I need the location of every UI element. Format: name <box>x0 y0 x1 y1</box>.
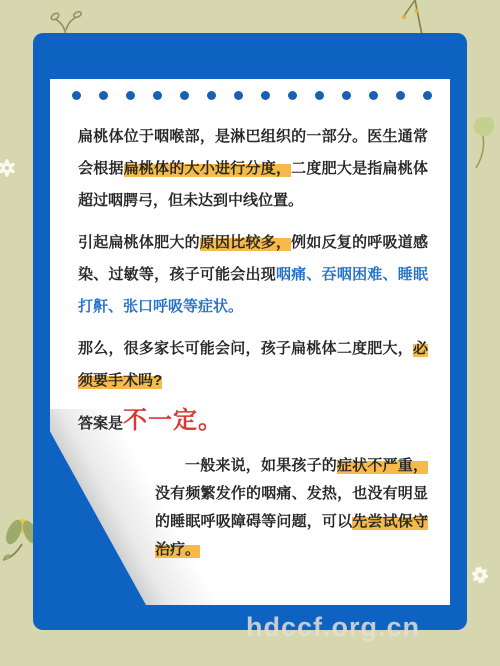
text-segment-highlight: 扁桃体的大小进行分度， <box>124 160 291 177</box>
watermark: hdccf.org.cn <box>246 612 420 643</box>
text-segment-normal: 一般来说，如果孩子的 <box>185 457 337 474</box>
health-poster: 扁桃体位于咽喉部，是淋巴组织的一部分。医生通常会根据扁桃体的大小进行分度，二度肥… <box>0 0 500 666</box>
text-segment-highlight: 症状不严重， <box>337 457 428 474</box>
paragraph-p2: 引起扁桃体肥大的原因比较多，例如反复的呼吸道感染、过敏等，孩子可能会出现咽痛、吞… <box>78 227 428 323</box>
paragraph-p1: 扁桃体位于咽喉部，是淋巴组织的一部分。医生通常会根据扁桃体的大小进行分度，二度肥… <box>78 121 428 217</box>
paragraph-answer: 答案是不一定。 <box>78 403 428 442</box>
paragraph-p4: 一般来说，如果孩子的症状不严重，没有频繁发作的咽痛、发热，也没有明显的睡眠呼吸障… <box>155 452 428 564</box>
sprout-icon <box>50 6 82 36</box>
paragraph-p3: 那么，很多家长可能会问，孩子扁桃体二度肥大，必须要手术吗? <box>78 333 428 397</box>
text-segment-normal: 那么，很多家长可能会问，孩子扁桃体二度肥大， <box>78 340 413 357</box>
daisy-flower-icon <box>462 556 498 594</box>
leaf-icon <box>468 114 500 170</box>
asterisk-flower-icon <box>0 148 22 188</box>
paper-text: 扁桃体位于咽喉部，是淋巴组织的一部分。医生通常会根据扁桃体的大小进行分度，二度肥… <box>78 79 428 574</box>
twig-icon <box>398 0 434 36</box>
text-segment-normal: 引起扁桃体肥大的 <box>78 234 200 251</box>
text-segment-normal: 答案是 <box>78 415 123 432</box>
blue-card: 扁桃体位于咽喉部，是淋巴组织的一部分。医生通常会根据扁桃体的大小进行分度，二度肥… <box>33 33 467 630</box>
paper-sheet: 扁桃体位于咽喉部，是淋巴组织的一部分。医生通常会根据扁桃体的大小进行分度，二度肥… <box>50 79 450 605</box>
text-segment-red-large: 不一定。 <box>123 407 223 434</box>
text-segment-highlight: 原因比较多， <box>200 234 291 251</box>
